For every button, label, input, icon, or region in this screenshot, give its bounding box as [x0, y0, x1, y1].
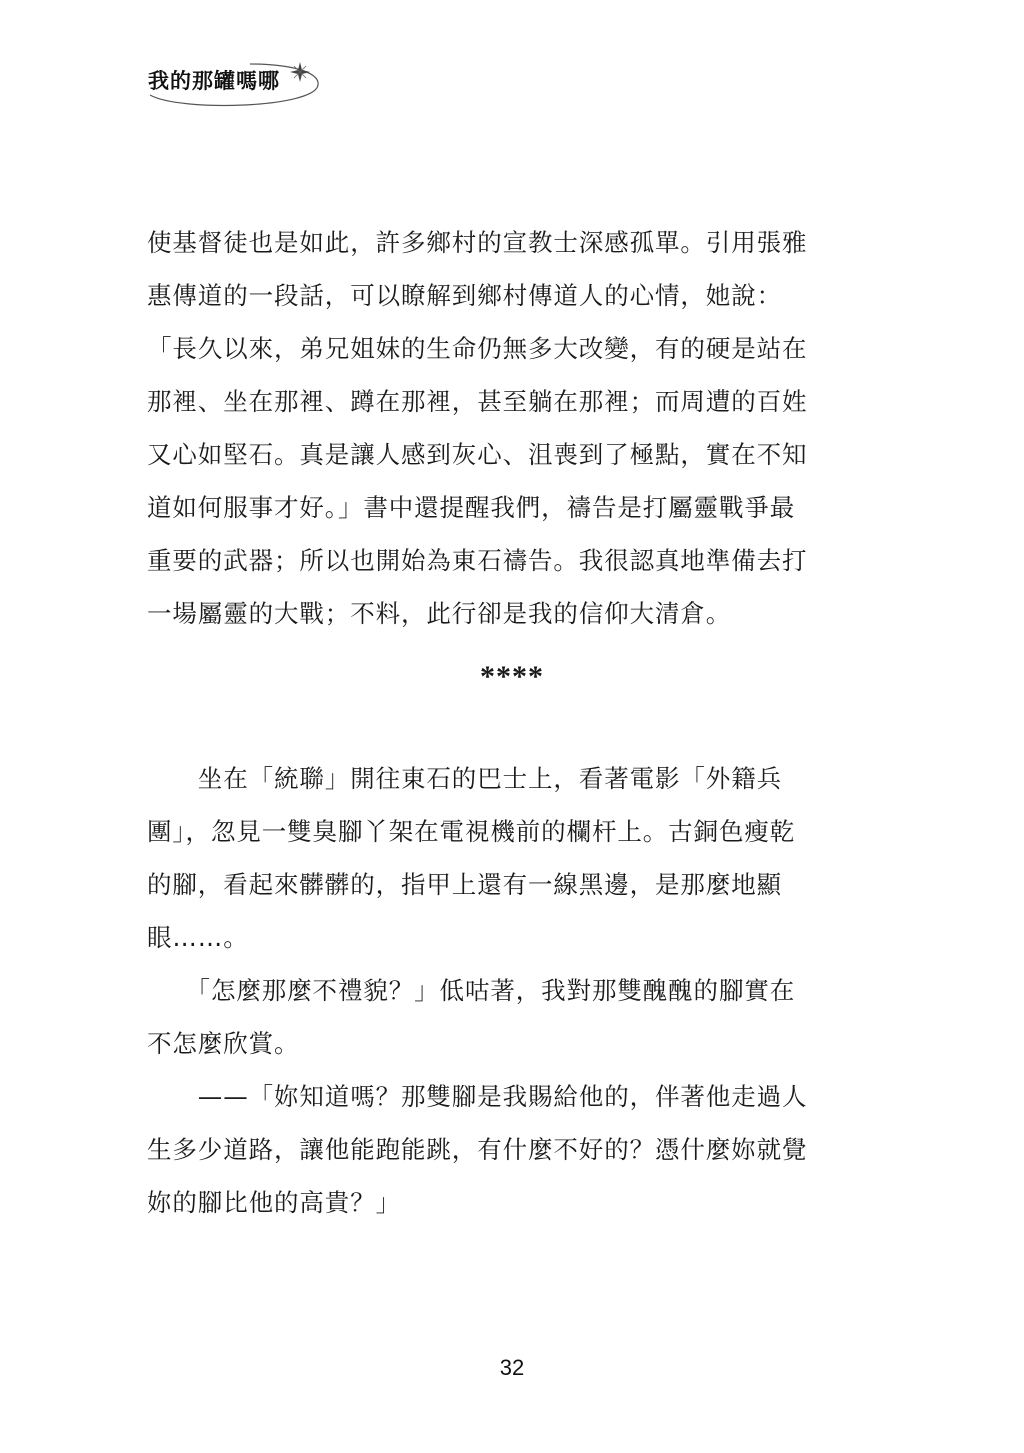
text-line: 「怎麼那麼不禮貌？」低咕著，我對那雙醜醜的腳實在 — [147, 964, 867, 1017]
text-line: ——「妳知道嗎？那雙腳是我賜給他的，伴著他走過人 — [147, 1070, 867, 1123]
text-line: 團」，忽見一雙臭腳丫架在電視機前的欄杆上。古銅色瘦乾 — [147, 805, 867, 858]
text-line: 「長久以來，弟兄姐妹的生命仍無多大改變，有的硬是站在 — [147, 322, 867, 375]
text-line: 重要的武器；所以也開始為東石禱告。我很認真地準備去打 — [147, 534, 867, 587]
text-line: 眼……。 — [147, 911, 867, 964]
text-line: 惠傳道的一段話，可以瞭解到鄉村傳道人的心情，她說： — [147, 269, 867, 322]
text-line: 生多少道路，讓他能跑能跳，有什麼不好的？憑什麼妳就覺 — [147, 1123, 867, 1176]
text-line: 妳的腳比他的高貴？」 — [147, 1176, 867, 1229]
section-1: 使基督徒也是如此，許多鄉村的宣教士深感孤單。引用張雅 惠傳道的一段話，可以瞭解到… — [147, 216, 867, 640]
section-2: 坐在「統聯」開往東石的巴士上，看著電影「外籍兵 團」，忽見一雙臭腳丫架在電視機前… — [147, 752, 867, 1229]
text-line: 使基督徒也是如此，許多鄉村的宣教士深感孤單。引用張雅 — [147, 216, 867, 269]
text-line: 道如何服事才好。」書中還提醒我們，禱告是打屬靈戰爭最 — [147, 481, 867, 534]
book-title: 我的那罐嗎哪 — [148, 65, 280, 95]
text-line: 一場屬靈的大戰；不料，此行卻是我的信仰大清倉。 — [147, 587, 867, 640]
section-separator: **** — [0, 660, 1024, 694]
text-line: 的腳，看起來髒髒的，指甲上還有一線黑邊，是那麼地顯 — [147, 858, 867, 911]
running-header: 我的那罐嗎哪 — [140, 50, 330, 110]
text-line: 又心如堅石。真是讓人感到灰心、沮喪到了極點，實在不知 — [147, 428, 867, 481]
text-line: 坐在「統聯」開往東石的巴士上，看著電影「外籍兵 — [147, 752, 867, 805]
page-number: 32 — [0, 1355, 1024, 1381]
text-line: 不怎麼欣賞。 — [147, 1017, 867, 1070]
text-line: 那裡、坐在那裡、蹲在那裡，甚至躺在那裡；而周遭的百姓 — [147, 375, 867, 428]
